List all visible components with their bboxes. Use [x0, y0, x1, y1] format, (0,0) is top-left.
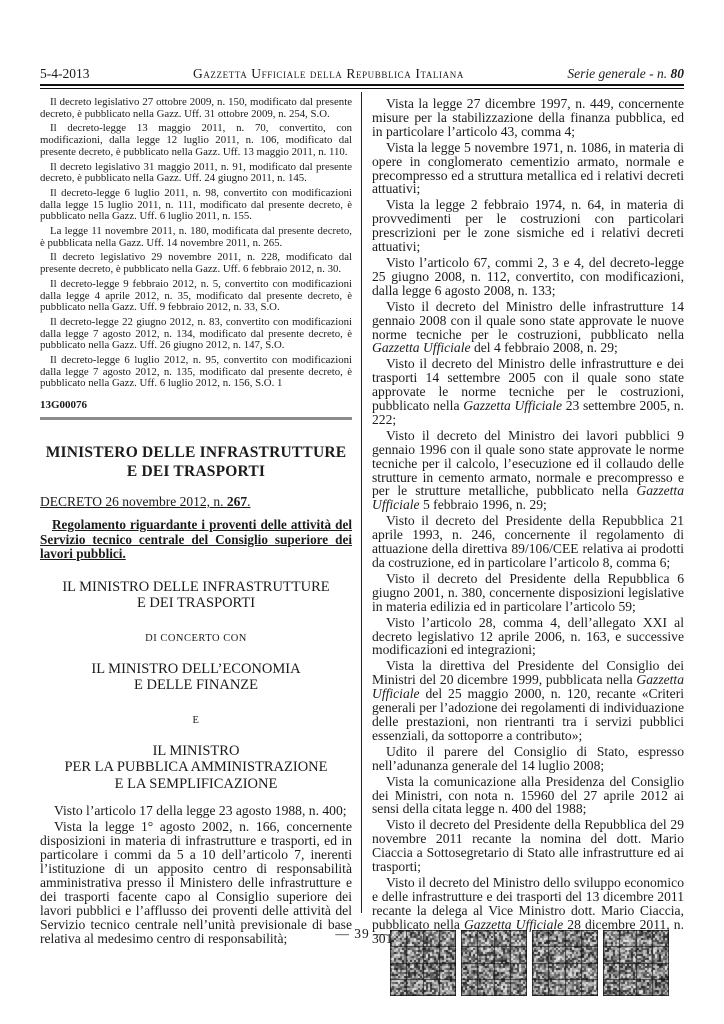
- signatory-heading: IL MINISTRO DELLE INFRASTRUTTURE E DEI T…: [40, 579, 352, 612]
- header-rule-thin: [40, 88, 684, 89]
- signatory-heading: DI CONCERTO CON: [40, 633, 352, 644]
- header-issue-number: 80: [671, 66, 685, 81]
- header-issue-label: Serie generale - n.: [567, 66, 670, 81]
- ministry-heading: MINISTERO DELLE INFRASTRUTTURE E DEI TRA…: [44, 444, 348, 481]
- note-paragraph: Il decreto-legge 6 luglio 2012, n. 95, c…: [40, 355, 352, 390]
- decree-title: Regolamento riguardante i proventi delle…: [40, 518, 352, 562]
- header-issue: Serie generale - n. 80: [567, 66, 684, 82]
- note-paragraph: Il decreto legislativo 31 maggio 2011, n…: [40, 162, 352, 185]
- barcode-image: [603, 930, 669, 996]
- body-paragraph: Visto il decreto del Ministro delle infr…: [372, 357, 684, 427]
- decree-number-line: DECRETO 26 novembre 2012, n. 267.: [40, 494, 352, 510]
- note-paragraph: Il decreto-legge 22 giugno 2012, n. 83, …: [40, 317, 352, 352]
- right-column: Vista la legge 27 dicembre 1997, n. 449,…: [372, 97, 684, 947]
- body-paragraph: Visto il decreto del Ministro delle infr…: [372, 300, 684, 356]
- body-paragraph: Visto l’articolo 67, commi 2, 3 e 4, del…: [372, 256, 684, 298]
- header-rule-thick: [40, 84, 684, 86]
- body-paragraph: Vista la comunicazione alla Presidenza d…: [372, 775, 684, 817]
- body-paragraph: Visto il decreto del Presidente della Re…: [372, 514, 684, 570]
- decree-title-text: Regolamento riguardante i proventi delle…: [40, 518, 352, 562]
- page-header: 5-4-2013 Gazzetta Ufficiale della Repubb…: [40, 66, 684, 84]
- document-code: 13G00076: [40, 399, 352, 411]
- body-paragraph: Visto l’articolo 28, comma 4, dell’alleg…: [372, 616, 684, 658]
- section-divider-rule: [40, 417, 352, 420]
- decree-number-heading: DECRETO 26 novembre 2012, n. 267.: [40, 494, 352, 510]
- body-paragraph: Udito il parere del Consiglio di Stato, …: [372, 745, 684, 773]
- note-paragraph: Il decreto-legge 9 febbraio 2012, n. 5, …: [40, 279, 352, 314]
- signatory-heading: E: [40, 715, 352, 726]
- barcode-image: [532, 930, 598, 996]
- signatory-heading: IL MINISTRO DELL’ECONOMIA E DELLE FINANZ…: [40, 661, 352, 694]
- notes-section: Il decreto legislativo 27 ottobre 2009, …: [40, 97, 352, 390]
- body-paragraph: Visto il decreto del Ministro dei lavori…: [372, 429, 684, 512]
- signatory-heading: IL MINISTRO PER LA PUBBLICA AMMINISTRAZI…: [40, 743, 352, 793]
- body-paragraph: Visto il decreto del Presidente della Re…: [372, 572, 684, 614]
- note-paragraph: Il decreto legislativo 27 ottobre 2009, …: [40, 97, 352, 120]
- column-divider-rule: [361, 92, 362, 913]
- gazzetta-document-page: 5-4-2013 Gazzetta Ufficiale della Repubb…: [0, 0, 724, 1024]
- barcode-strip: [390, 930, 669, 996]
- note-paragraph: Il decreto-legge 13 maggio 2011, n. 70, …: [40, 123, 352, 158]
- header-journal-title: Gazzetta Ufficiale della Repubblica Ital…: [193, 66, 464, 82]
- body-paragraph: Vista la legge 27 dicembre 1997, n. 449,…: [372, 97, 684, 139]
- header-date: 5-4-2013: [40, 66, 90, 82]
- signatories-section: IL MINISTRO DELLE INFRASTRUTTURE E DEI T…: [40, 579, 352, 793]
- body-paragraph: Visto l’articolo 17 della legge 23 agost…: [40, 804, 352, 818]
- note-paragraph: La legge 11 novembre 2011, n. 180, modif…: [40, 226, 352, 249]
- barcode-image: [390, 930, 456, 996]
- body-paragraph: Visto il decreto del Presidente della Re…: [372, 818, 684, 874]
- note-paragraph: Il decreto legislativo 29 novembre 2011,…: [40, 252, 352, 275]
- note-paragraph: Il decreto-legge 6 luglio 2011, n. 98, c…: [40, 188, 352, 223]
- body-paragraph: Vista la legge 2 febbraio 1974, n. 64, i…: [372, 198, 684, 254]
- body-paragraph: Vista la direttiva del Presidente del Co…: [372, 659, 684, 742]
- body-paragraph: Vista la legge 5 novembre 1971, n. 1086,…: [372, 141, 684, 197]
- left-body-paragraphs: Visto l’articolo 17 della legge 23 agost…: [40, 804, 352, 945]
- barcode-image: [461, 930, 527, 996]
- left-column: Il decreto legislativo 27 ottobre 2009, …: [40, 97, 352, 948]
